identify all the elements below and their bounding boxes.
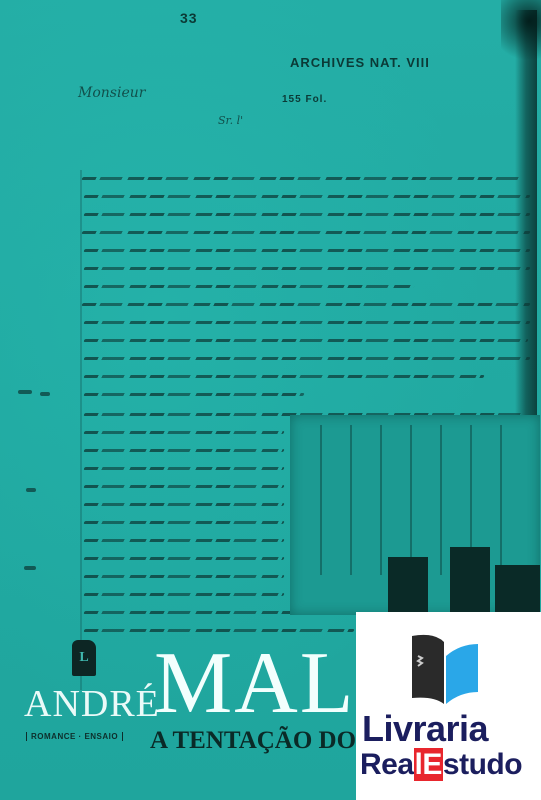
publisher-logo: L: [72, 640, 96, 676]
watermark-highlight: lE: [414, 748, 443, 781]
archive-stamp: ARCHIVES NAT. VIII: [290, 55, 430, 70]
book-title: A TENTAÇÃO DO: [150, 727, 356, 755]
handwriting-line: [83, 249, 530, 252]
author-first-name: ANDRÉ: [24, 682, 160, 726]
author-tagline: ROMANCE · ENSAIO: [26, 732, 123, 741]
handwriting-line: [83, 557, 284, 560]
handwriting-line: [83, 321, 530, 324]
handwriting-line: [83, 339, 528, 342]
manuscript-margin-line: [80, 170, 82, 690]
handwriting-line: [83, 431, 284, 434]
handwriting-line: [83, 375, 484, 378]
page-number: 33: [180, 10, 198, 26]
ink-blot: [501, 0, 541, 70]
manuscript-heading: Monsieur: [78, 85, 145, 101]
handwriting-line: [83, 285, 414, 288]
handwriting-line: [83, 575, 284, 578]
handwriting-line: [83, 629, 354, 632]
watermark-line2: RealEstudo: [360, 748, 522, 782]
handwriting-line: [83, 485, 284, 488]
manuscript-ref: 155 Fol.: [282, 94, 327, 105]
manuscript-salutation: Sr. l': [218, 114, 243, 127]
handwriting-line: [83, 357, 530, 360]
handwriting-line: [83, 539, 284, 542]
handwriting-line: [81, 231, 530, 234]
margin-note: [18, 390, 32, 394]
watermark-prefix: Rea: [360, 748, 414, 781]
handwriting-line: [83, 267, 530, 270]
watermark-line1: Livraria: [362, 708, 488, 750]
handwriting-line: [83, 521, 284, 524]
margin-note: [26, 488, 36, 492]
handwriting-line: [83, 449, 284, 452]
margin-note: [40, 392, 50, 396]
handwriting-line: [83, 213, 530, 216]
handwriting-line: [81, 303, 530, 306]
inset-printed-document: [290, 415, 540, 615]
open-book-icon: [404, 630, 484, 708]
handwriting-line: [83, 503, 284, 506]
handwriting-line: [81, 177, 522, 180]
handwriting-line: [83, 393, 304, 396]
watermark-suffix: studo: [443, 748, 522, 781]
handwriting-line: [83, 593, 284, 596]
handwriting-line: [83, 195, 530, 198]
handwriting-line: [83, 467, 284, 470]
margin-note: [24, 566, 36, 570]
store-watermark: Livraria RealEstudo: [356, 612, 541, 800]
